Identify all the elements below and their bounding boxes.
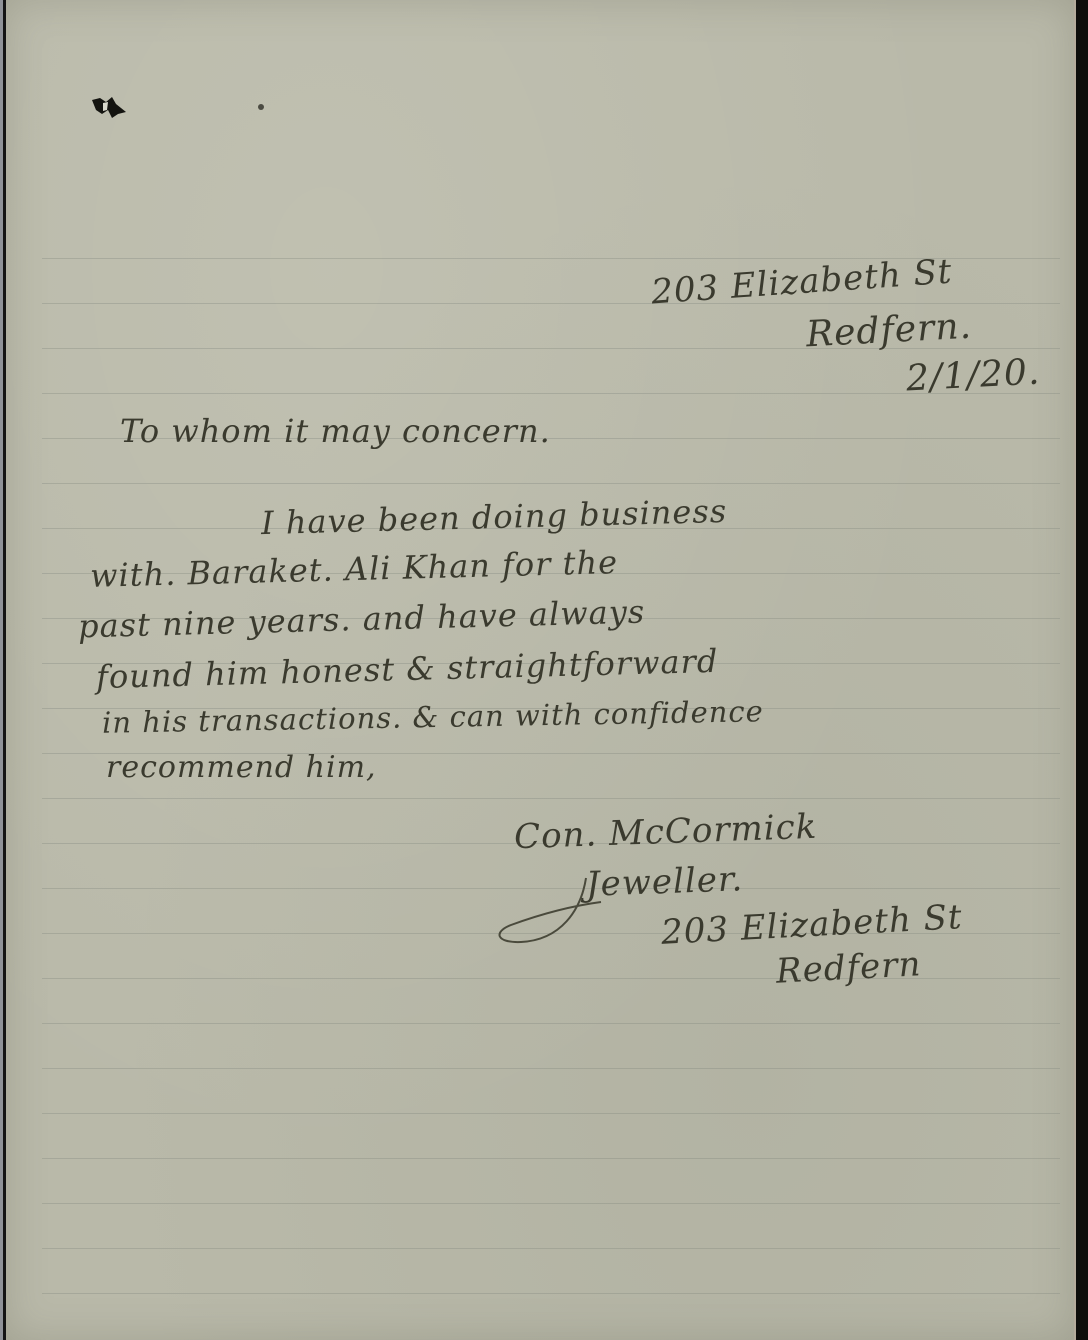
ruled-line — [42, 1203, 1060, 1204]
body-line: recommend him, — [106, 750, 377, 785]
signature-flourish — [491, 870, 621, 950]
ruled-line — [42, 1023, 1060, 1024]
salutation: To whom it may concern. — [120, 412, 551, 450]
body-line: in his transactions. & can with confiden… — [102, 694, 764, 740]
body-line: past nine years. and have always — [78, 593, 646, 646]
body-line: found him honest & straightforward — [96, 642, 719, 696]
ruled-line — [42, 798, 1060, 799]
ruled-line — [42, 1158, 1060, 1159]
body-line: with. Baraket. Ali Khan for the — [90, 543, 619, 595]
scan-right-edge — [1074, 0, 1088, 1340]
ruled-line — [42, 303, 1060, 304]
body-line: I have been doing business — [261, 492, 728, 542]
ink-speck — [258, 104, 264, 110]
header-address-line2: Redfern. — [805, 306, 973, 356]
ruled-line — [42, 1248, 1060, 1249]
signature-address-line2: Redfern — [775, 944, 922, 992]
ruled-line — [42, 483, 1060, 484]
header-date: 2/1/20. — [905, 352, 1041, 400]
ruled-line — [42, 1293, 1060, 1294]
ruled-line — [42, 1113, 1060, 1114]
torn-hole-icon — [90, 96, 128, 120]
letter-page: 203 Elizabeth St Redfern. 2/1/20. To who… — [6, 0, 1074, 1340]
ruled-line — [42, 1068, 1060, 1069]
signature-name: Con. McCormick — [513, 807, 818, 858]
